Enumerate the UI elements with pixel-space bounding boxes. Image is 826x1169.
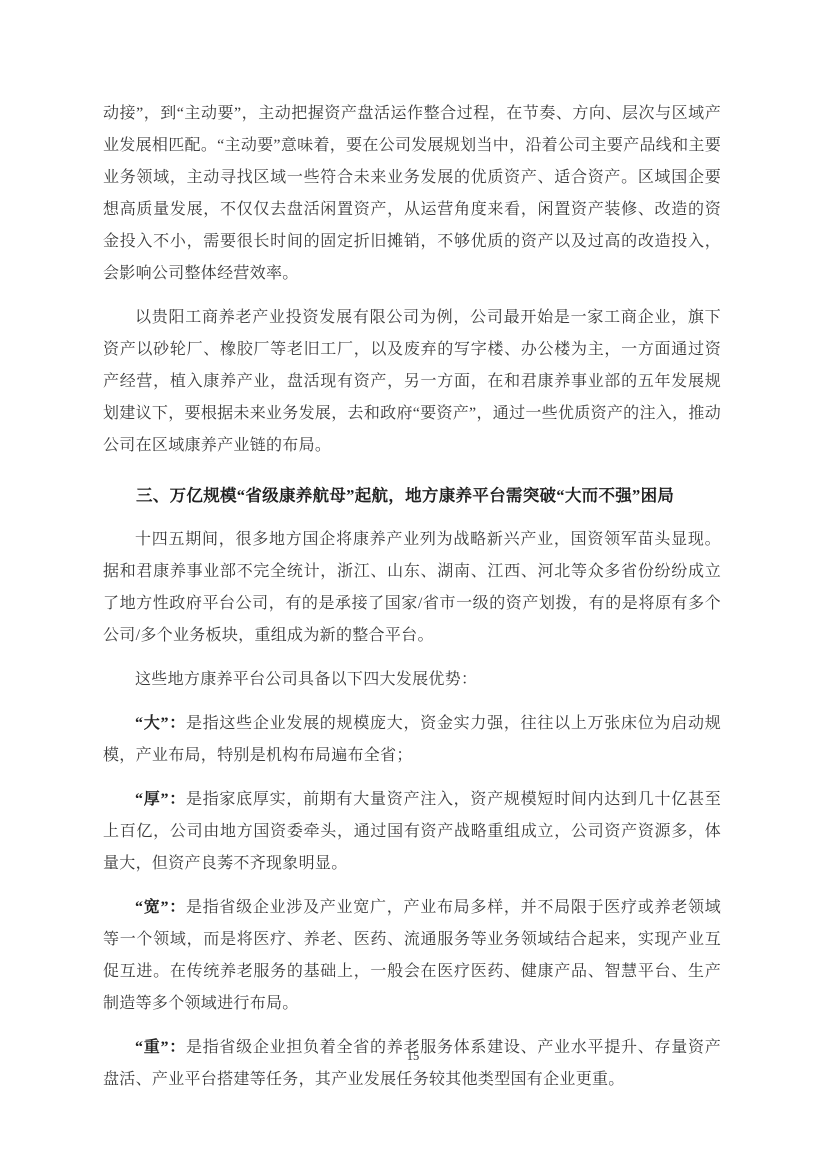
advantage-hou-label: “厚”：: [135, 791, 186, 808]
advantage-da-text: 是指这些企业发展的规模庞大，资金实力强，往往以上万张床位为启动规模，产业布局，特…: [103, 715, 721, 764]
paragraph-advantage-zhong: “重”：是指省级企业担负着全省的养老服务体系建设、产业水平提升、存量资产盘活、产…: [103, 1032, 721, 1096]
paragraph-asset-activation: 动接”，到“主动要”，主动把握资产盘活运作整合过程，在节奏、方向、层次与区域产业…: [103, 98, 721, 290]
paragraph-advantage-kuan: “宽”：是指省级企业涉及产业宽广，产业布局多样，并不局限于医疗或养老领域等一个领…: [103, 892, 721, 1020]
advantage-hou-text: 是指家底厚实，前期有大量资产注入，资产规模短时间内达到几十亿甚至上百亿，公司由地…: [103, 791, 721, 872]
paragraph-four-advantages-intro: 这些地方康养平台公司具备以下四大发展优势：: [103, 664, 721, 696]
page-footer: 15: [0, 1048, 826, 1064]
advantage-kuan-text: 是指省级企业涉及产业宽广，产业布局多样，并不局限于医疗或养老领域等一个领域，而是…: [103, 899, 721, 1012]
paragraph-advantage-da: “大”：是指这些企业发展的规模庞大，资金实力强，往往以上万张床位为启动规模，产业…: [103, 708, 721, 772]
paragraph-advantage-hou: “厚”：是指家底厚实，前期有大量资产注入，资产规模短时间内达到几十亿甚至上百亿，…: [103, 784, 721, 880]
page-number: 15: [407, 1049, 420, 1063]
advantage-da-label: “大”：: [135, 715, 186, 732]
document-page: 动接”，到“主动要”，主动把握资产盘活运作整合过程，在节奏、方向、层次与区域产业…: [0, 0, 826, 1169]
section-heading: 三、万亿规模“省级康养航母”起航，地方康养平台需突破“大而不强”困局: [103, 480, 721, 512]
advantage-kuan-label: “宽”：: [135, 899, 186, 916]
paragraph-14th-five-year: 十四五期间，很多地方国企将康养产业列为战略新兴产业，国资领军苗头显现。据和君康养…: [103, 524, 721, 652]
paragraph-guiyang-example: 以贵阳工商养老产业投资发展有限公司为例，公司最开始是一家工商企业，旗下资产以砂轮…: [103, 302, 721, 462]
document-body: 动接”，到“主动要”，主动把握资产盘活运作整合过程，在节奏、方向、层次与区域产业…: [103, 98, 721, 1096]
